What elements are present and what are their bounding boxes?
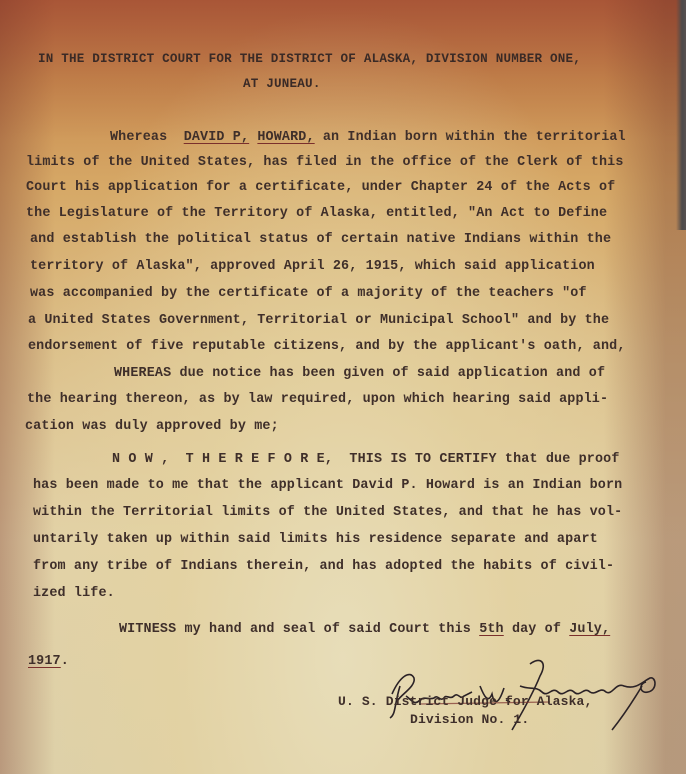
paragraph1-line: Court his application for a certificate,… <box>26 180 615 195</box>
paragraph3-first-line: N O W , T H E R E F O R E, THIS IS TO CE… <box>112 452 620 467</box>
applicant-name-last: HOWARD, <box>257 130 314 145</box>
paragraph1-line: territory of Alaska", approved April 26,… <box>30 259 595 274</box>
paragraph1-first-line: Whereas DAVID P, HOWARD, an Indian born … <box>110 130 626 145</box>
witness-year: 1917 <box>28 654 61 669</box>
paragraph1-line: limits of the United States, has filed i… <box>26 155 624 170</box>
witness-month: July, <box>569 622 610 637</box>
witness-mid: day of <box>512 622 561 637</box>
court-heading-line1: IN THE DISTRICT COURT FOR THE DISTRICT O… <box>38 52 581 66</box>
judge-title-line1: U. S. District Judge for Alaska, <box>338 694 592 709</box>
witness-day: 5th <box>479 622 504 637</box>
applicant-name-first: DAVID P, <box>184 130 250 145</box>
paragraph1-line: was accompanied by the certificate of a … <box>30 286 587 301</box>
paragraph2-first-line: WHEREAS due notice has been given of sai… <box>114 366 605 381</box>
paragraph2-line: cation was duly approved by me; <box>25 419 279 434</box>
paragraph3-line: has been made to me that the applicant D… <box>33 478 622 493</box>
paragraph3-line: within the Territorial limits of the Uni… <box>33 505 622 520</box>
paragraph1-line: endorsement of five reputable citizens, … <box>28 339 626 354</box>
year-period: . <box>61 654 69 669</box>
judge-title-line2: Division No. 1. <box>410 712 529 727</box>
witness-year-line: 1917. <box>28 654 69 669</box>
paragraph3-line: untarily taken up within said limits his… <box>33 532 598 547</box>
paragraph1-line: a United States Government, Territorial … <box>28 313 609 328</box>
page-edge-shadow <box>676 0 686 230</box>
witness-text: WITNESS my hand and seal of said Court t… <box>119 622 471 637</box>
paragraph3-line: ized life. <box>33 586 115 601</box>
paragraph1-line: and establish the political status of ce… <box>30 232 611 247</box>
paragraph1-line1-rest: an Indian born within the territorial <box>323 130 626 145</box>
witness-line: WITNESS my hand and seal of said Court t… <box>119 622 610 637</box>
paragraph2-line: the hearing thereon, as by law required,… <box>27 392 608 407</box>
court-heading-line2: AT JUNEAU. <box>243 77 321 91</box>
whereas-lead: Whereas <box>110 130 167 145</box>
paragraph3-line: from any tribe of Indians therein, and h… <box>33 559 614 574</box>
paragraph1-line: the Legislature of the Territory of Alas… <box>26 206 607 221</box>
